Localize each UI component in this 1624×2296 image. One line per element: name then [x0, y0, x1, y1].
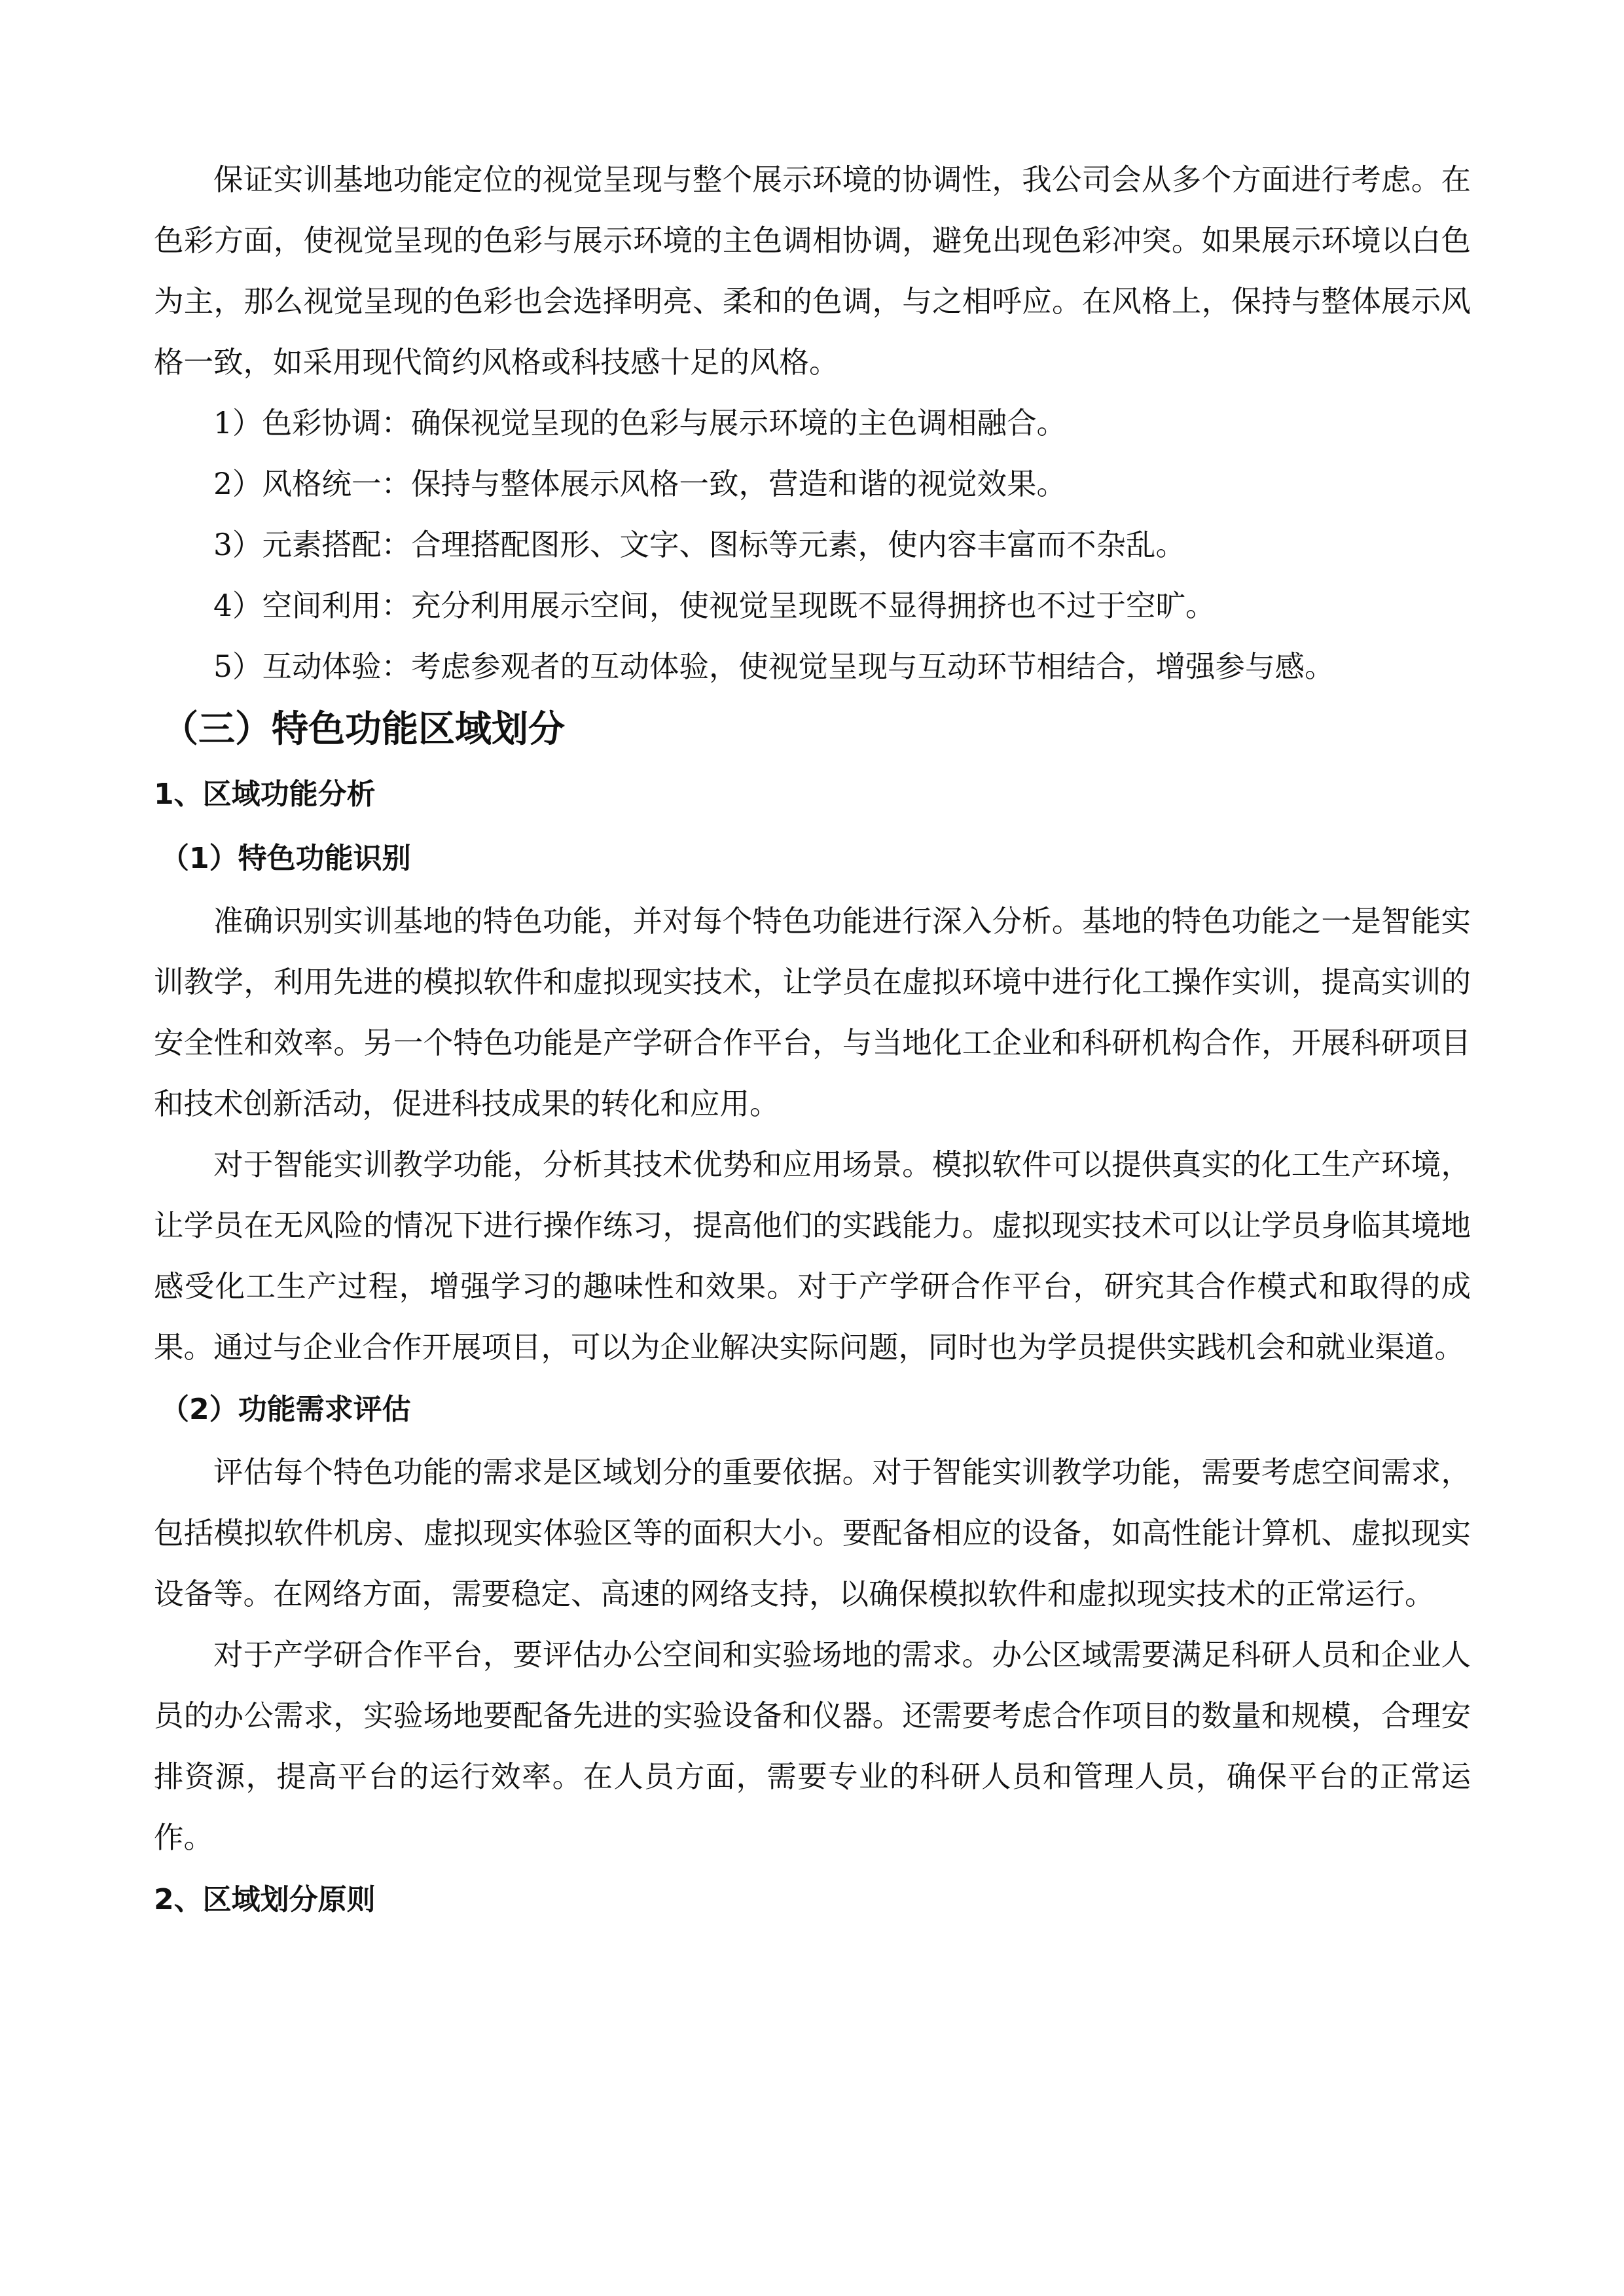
section-heading: （三）特色功能区域划分	[162, 697, 1471, 762]
intro-paragraph: 保证实训基地功能定位的视觉呈现与整个展示环境的协调性，我公司会从多个方面进行考虑…	[154, 149, 1471, 393]
subsection-heading-1: 1、区域功能分析	[154, 762, 1471, 827]
principles-list: 1）色彩协调：确保视觉呈现的色彩与展示环境的主色调相融合。 2）风格统一：保持与…	[154, 393, 1471, 697]
list-item-interaction: 5）互动体验：考虑参观者的互动体验，使视觉呈现与互动环节相结合，增强参与感。	[154, 636, 1471, 697]
list-item-style: 2）风格统一：保持与整体展示风格一致，营造和谐的视觉效果。	[154, 454, 1471, 514]
subsection-heading-2: 2、区域划分原则	[154, 1868, 1471, 1932]
body-paragraph: 对于产学研合作平台，要评估办公空间和实验场地的需求。办公区域需要满足科研人员和企…	[154, 1624, 1471, 1868]
part-heading-1: （1）特色功能识别	[160, 827, 1471, 891]
part-heading-2: （2）功能需求评估	[160, 1378, 1471, 1442]
body-paragraph: 对于智能实训教学功能，分析其技术优势和应用场景。模拟软件可以提供真实的化工生产环…	[154, 1134, 1471, 1378]
document-page: 保证实训基地功能定位的视觉呈现与整个展示环境的协调性，我公司会从多个方面进行考虑…	[154, 149, 1471, 1932]
list-item-color: 1）色彩协调：确保视觉呈现的色彩与展示环境的主色调相融合。	[154, 393, 1471, 454]
body-paragraph: 准确识别实训基地的特色功能，并对每个特色功能进行深入分析。基地的特色功能之一是智…	[154, 891, 1471, 1134]
list-item-elements: 3）元素搭配：合理搭配图形、文字、图标等元素，使内容丰富而不杂乱。	[154, 514, 1471, 575]
list-item-space: 4）空间利用：充分利用展示空间，使视觉呈现既不显得拥挤也不过于空旷。	[154, 575, 1471, 636]
body-paragraph: 评估每个特色功能的需求是区域划分的重要依据。对于智能实训教学功能，需要考虑空间需…	[154, 1442, 1471, 1624]
